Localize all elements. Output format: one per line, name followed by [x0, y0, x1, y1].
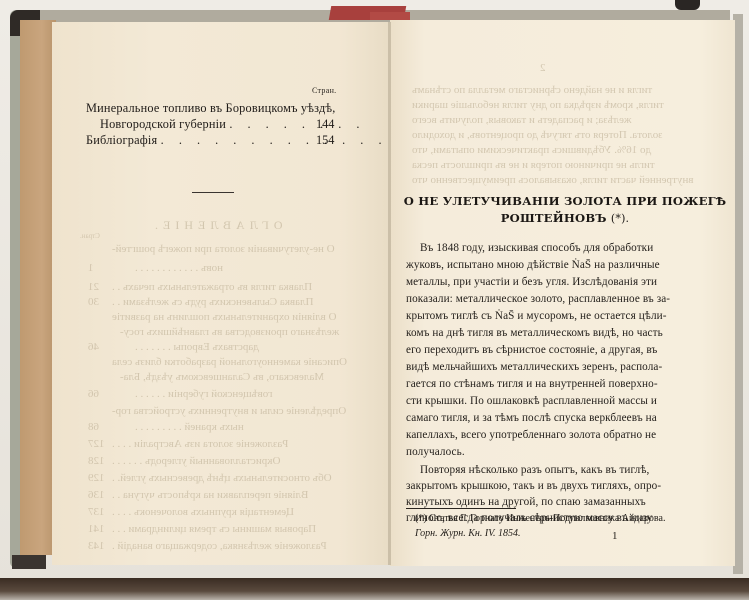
book-cover-corner-bottom: [12, 555, 46, 569]
bleed-heading: ОГЛАВЛЕНІЕ.: [150, 218, 283, 233]
book-shadow: [0, 578, 749, 600]
toc-leader-dots: . . . . . . . . . . . . .: [161, 133, 388, 147]
page-number: 1: [612, 530, 618, 542]
article-title-line-2: РОШТЕЙНОВЪ: [501, 211, 607, 225]
toc-leader-dots: . . . . . . . .: [229, 117, 365, 131]
section-divider-rule: [192, 192, 234, 193]
footnote-citation: Горн. Журн. Кн. IV. 1854.: [415, 528, 521, 539]
toc-page-number: 144: [316, 117, 334, 132]
footnote-rule: [406, 508, 516, 509]
endpaper-strip: [20, 20, 56, 555]
book-cover-corner-top-right: [675, 0, 700, 10]
article-title: О НЕ УЛЕТУЧИВАНІИ ЗОЛОТА ПРИ ПОЖЕГѢ РОШТ…: [400, 193, 730, 227]
book-gutter: [388, 22, 391, 565]
toc-page-column-header: Стран.: [312, 86, 336, 95]
footnote-text: (*) Статья Г. Горнаго Инженеръ-Подполков…: [415, 513, 665, 524]
toc-entry-line: Библіографія . . . . . . . . . . . . .: [86, 133, 388, 148]
article-title-line-1: О НЕ УЛЕТУЧИВАНІИ ЗОЛОТА ПРИ ПОЖЕГѢ: [400, 193, 730, 210]
footnote-reference: (*).: [611, 212, 629, 225]
bookmark-ribbon-tail: [370, 12, 410, 20]
toc-page-number: 154: [316, 133, 334, 148]
toc-entry-line: Минеральное топливо въ Боровицкомъ уѣздѣ…: [86, 101, 336, 116]
